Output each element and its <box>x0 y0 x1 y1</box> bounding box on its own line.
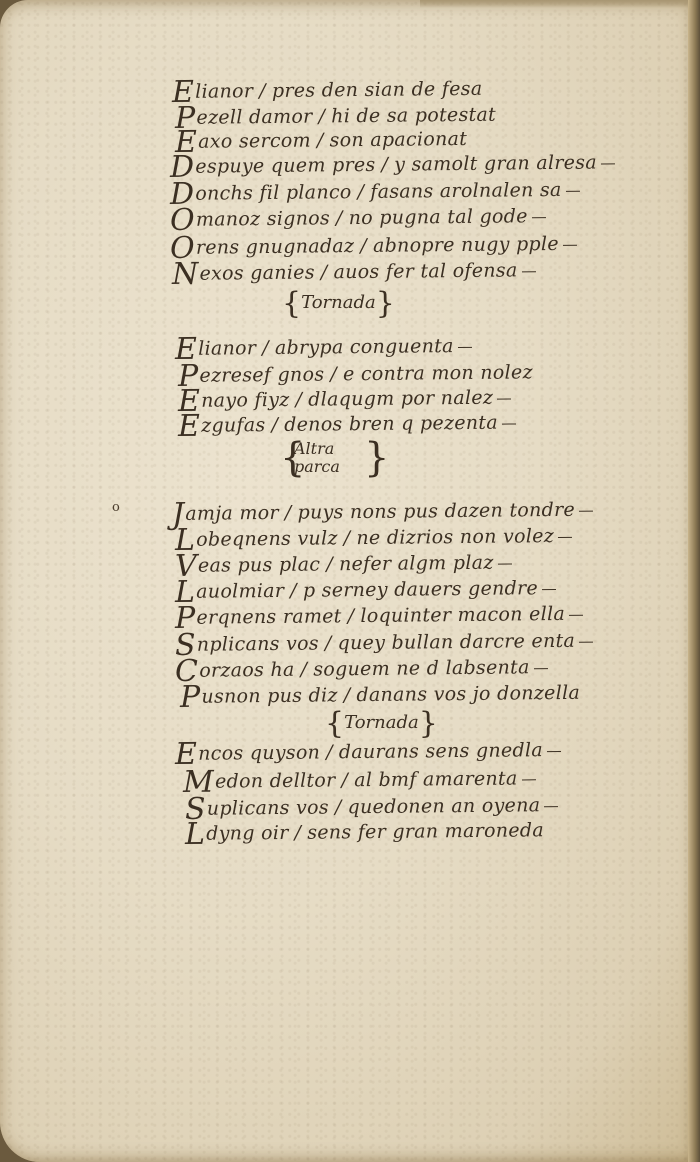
heading-text: Tornada <box>301 292 376 313</box>
verse-first-half: ezell damor <box>196 106 312 129</box>
manuscript-page: Elianor/pres den sian de fesa Pezell dam… <box>0 0 700 1162</box>
verse-second-half: p serney dauers gendre <box>303 577 538 601</box>
line-filler-dash <box>458 346 472 347</box>
verse-second-half: auos fer tal ofensa <box>333 259 517 283</box>
initial-letter: N <box>172 257 199 292</box>
verse-second-half: son apacionat <box>329 128 467 151</box>
verse-first-half: exos ganies <box>199 262 315 285</box>
verse-second-half: quey bullan darcre enta <box>338 630 576 654</box>
line-filler-dash <box>579 641 593 642</box>
verse-second-half: fasans arolnalen sa <box>370 179 562 203</box>
caesura-mark: / <box>330 363 337 385</box>
line-filler-dash <box>547 750 561 751</box>
initial-letter: L <box>185 817 206 852</box>
verse-first-half: eas pus plac <box>198 553 321 576</box>
caesura-mark: / <box>259 80 266 102</box>
caesura-mark: / <box>321 261 328 283</box>
verse-line: Ldyng oir/sens fer gran maroneda <box>185 816 544 850</box>
margin-mark: o <box>112 500 120 515</box>
line-filler-dash <box>534 668 548 669</box>
verse-first-half: uplicans vos <box>207 796 329 819</box>
brace-left: { <box>280 440 305 476</box>
caesura-mark: / <box>294 822 301 844</box>
verse-second-half: denos bren q pezenta <box>284 412 498 436</box>
caesura-mark: / <box>326 553 333 575</box>
brace-left: { <box>282 286 301 321</box>
verse-first-half: ezresef gnos <box>199 363 324 386</box>
initial-letter: P <box>180 680 201 715</box>
verse-second-half: abnopre nugy pple <box>373 233 559 257</box>
brace-right: } <box>419 706 438 741</box>
verse-second-half: danans vos jo donzella <box>356 682 580 706</box>
verse-first-half: orzaos ha <box>199 659 295 682</box>
verse-second-half: y samolt gran alresa <box>394 152 597 176</box>
verse-first-half: edon delltor <box>215 769 336 792</box>
caesura-mark: / <box>336 207 343 229</box>
caesura-mark: / <box>344 527 351 549</box>
line-filler-dash <box>502 423 516 424</box>
verse-second-half: sens fer gran maroneda <box>307 819 544 843</box>
caesura-mark: / <box>317 129 324 151</box>
verse-first-half: usnon pus diz <box>201 684 338 707</box>
caesura-mark: / <box>325 632 332 654</box>
verse-second-half: puys nons pus dazen tondre <box>297 499 575 524</box>
caesura-mark: / <box>381 154 388 176</box>
verse-second-half: loquinter macon ella <box>360 603 565 627</box>
brace-left: { <box>325 706 344 741</box>
line-filler-dash <box>532 217 546 218</box>
line-filler-dash <box>542 589 556 590</box>
verse-first-half: amja mor <box>185 502 279 525</box>
caesura-mark: / <box>341 769 348 791</box>
caesura-mark: / <box>360 235 367 257</box>
verse-second-half: abrypa conguenta <box>275 335 454 359</box>
verse-first-half: erqnens ramet <box>196 605 341 629</box>
line-filler-dash <box>498 563 512 564</box>
brace-right: } <box>376 286 395 321</box>
verse-first-half: lianor <box>198 337 256 360</box>
verse-second-half: pres den sian de fesa <box>272 78 483 102</box>
verse-second-half: no pugna tal gode <box>349 205 528 229</box>
line-filler-dash <box>522 779 536 780</box>
line-filler-dash <box>544 806 558 807</box>
caesura-mark: / <box>335 796 342 818</box>
verse-first-half: dyng oir <box>206 822 289 845</box>
line-filler-dash <box>601 163 615 164</box>
verse-first-half: manoz signos <box>196 207 330 230</box>
verse-first-half: lianor <box>195 80 253 103</box>
verse-first-half: axo sercom <box>198 130 311 153</box>
verse-second-half: daurans sens gnedla <box>339 739 543 763</box>
verse-second-half: hi de sa potestat <box>331 104 496 128</box>
verse-second-half: e contra mon nolez <box>343 361 533 385</box>
verse-second-half: al bmf amarenta <box>354 767 518 791</box>
caesura-mark: / <box>326 741 333 763</box>
caesura-mark: / <box>357 181 364 203</box>
verse-first-half: nayo fiyz <box>201 389 290 412</box>
verse-first-half: nplicans vos <box>197 632 319 655</box>
line-filler-dash <box>569 614 583 615</box>
verse-first-half: espuye quem pres <box>195 154 375 178</box>
line-filler-dash <box>497 398 511 399</box>
verse-first-half: rens gnugnadaz <box>196 235 355 259</box>
verse-line: Nexos ganies/auos fer tal ofensa <box>172 256 536 290</box>
verse-first-half: onchs fil planco <box>195 181 351 205</box>
verse-first-half: auolmiar <box>196 580 284 603</box>
caesura-mark: / <box>285 502 292 524</box>
verse-second-half: ne dizrios non volez <box>356 525 554 549</box>
caesura-mark: / <box>290 580 297 602</box>
verse-second-half: soguem ne d labsenta <box>313 656 530 680</box>
verse-second-half: nefer algm plaz <box>339 552 494 576</box>
tornada-heading: {Tornada} <box>325 706 438 741</box>
caesura-mark: / <box>271 414 278 436</box>
verse-first-half: obeqnens vulz <box>196 527 338 550</box>
line-filler-dash <box>558 536 572 537</box>
line-filler-dash <box>522 271 536 272</box>
manuscript-text: Elianor/pres den sian de fesa Pezell dam… <box>0 0 700 1162</box>
heading-text: Tornada <box>344 712 419 733</box>
verse-first-half: zgufas <box>201 414 266 437</box>
verse-second-half: quedonen an oyena <box>348 794 541 818</box>
caesura-mark: / <box>344 684 351 706</box>
caesura-mark: / <box>262 337 269 359</box>
verse-line: Ezgufas/denos bren q pezenta <box>178 408 516 442</box>
caesura-mark: / <box>318 105 325 127</box>
caesura-mark: / <box>295 389 302 411</box>
speaker-label: { Altra parca } <box>280 440 340 476</box>
line-filler-dash <box>563 244 577 245</box>
line-filler-dash <box>579 510 593 511</box>
verse-first-half: ncos quyson <box>198 741 320 764</box>
caesura-mark: / <box>300 659 307 681</box>
verse-second-half: dlaqugm por nalez <box>308 387 493 411</box>
caesura-mark: / <box>348 605 355 627</box>
line-filler-dash <box>566 190 580 191</box>
initial-letter: E <box>178 409 201 444</box>
brace-right: } <box>364 440 389 476</box>
tornada-heading: {Tornada} <box>282 286 395 321</box>
